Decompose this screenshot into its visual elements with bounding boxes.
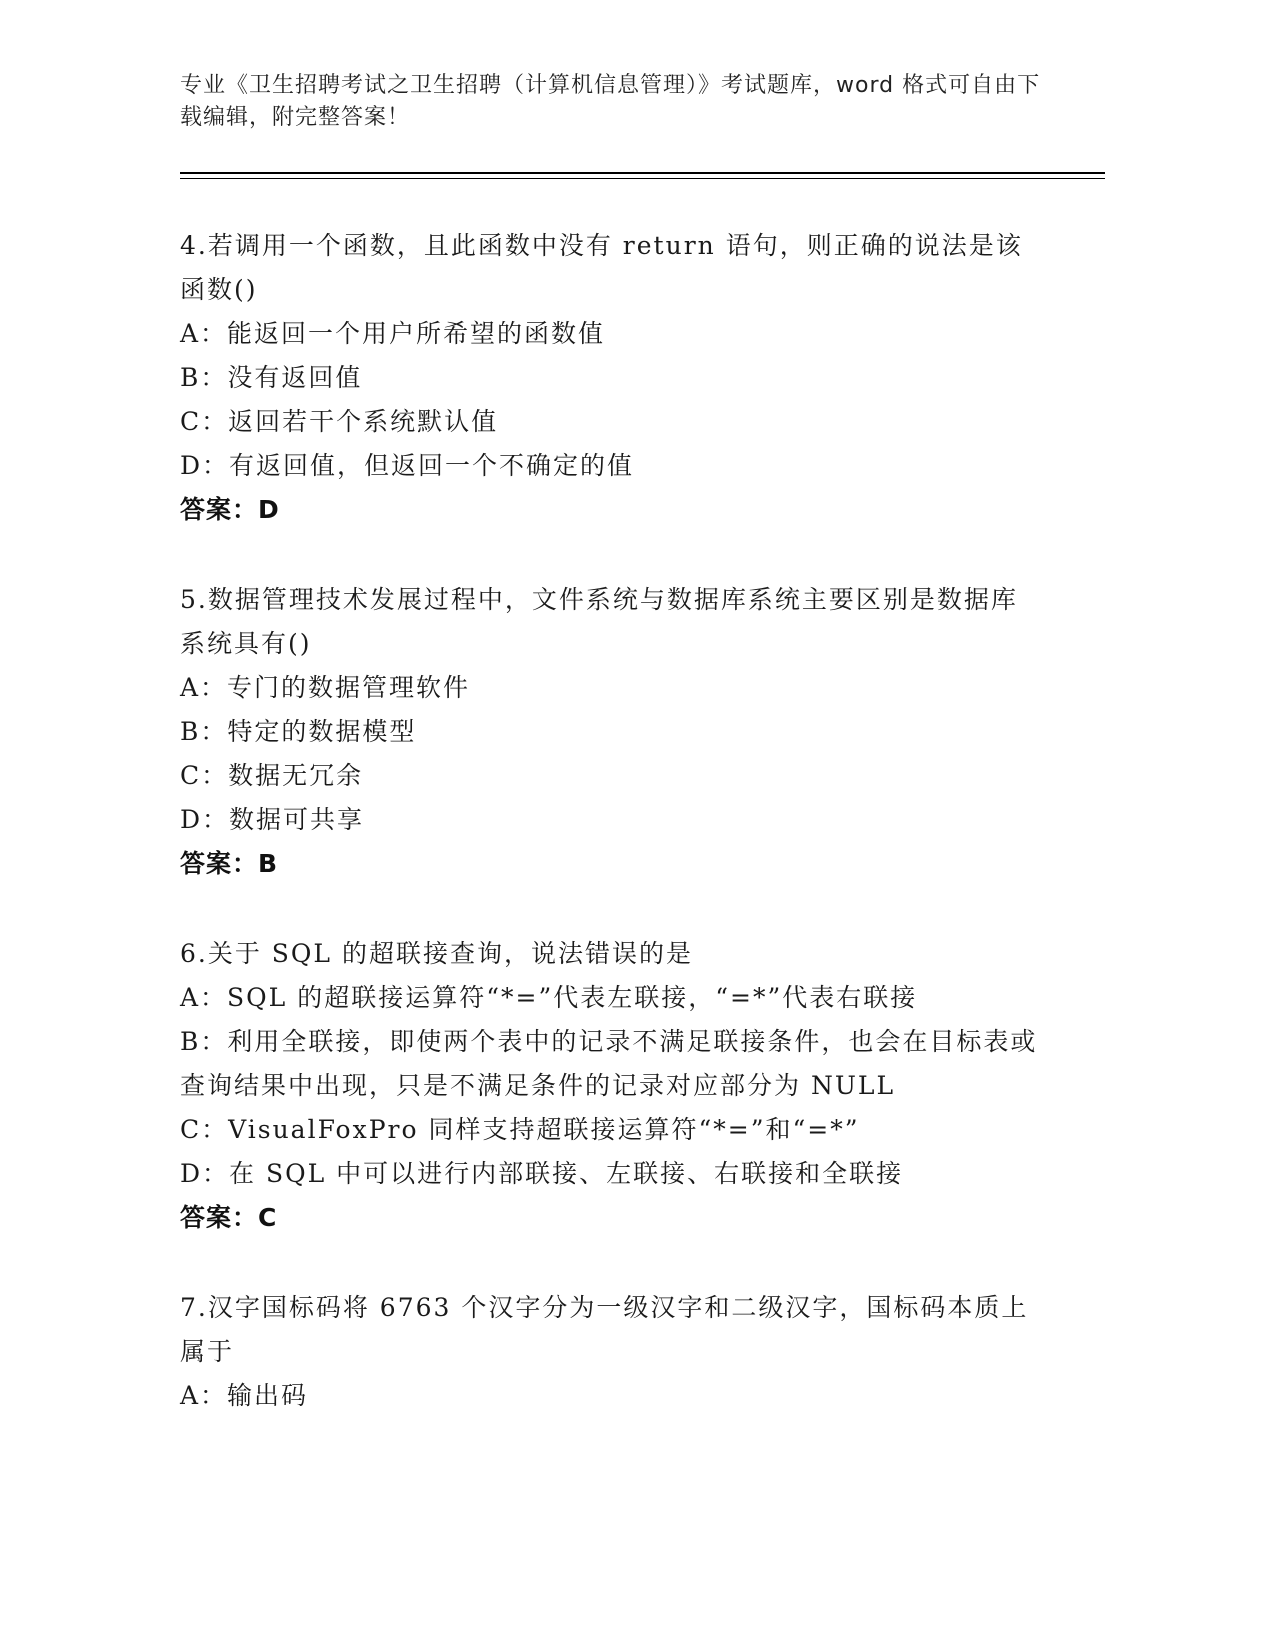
answer-key: 答案：B bbox=[180, 842, 1040, 886]
question-6: 6.关于 SQL 的超联接查询，说法错误的是 A：SQL 的超联接运算符“*=”… bbox=[180, 932, 1040, 1240]
option-a: A：SQL 的超联接运算符“*=”代表左联接，“=*”代表右联接 bbox=[180, 976, 1040, 1020]
question-7: 7.汉字国标码将 6763 个汉字分为一级汉字和二级汉字，国标码本质上属于 A：… bbox=[180, 1286, 1040, 1418]
question-stem: 6.关于 SQL 的超联接查询，说法错误的是 bbox=[180, 932, 1040, 976]
option-c: C：VisualFoxPro 同样支持超联接运算符“*=”和“=*” bbox=[180, 1108, 1040, 1152]
answer-key: 答案：C bbox=[180, 1196, 1040, 1240]
option-a: A：能返回一个用户所希望的函数值 bbox=[180, 312, 1040, 356]
document-page: 专业《卫生招聘考试之卫生招聘（计算机信息管理）》考试题库，word 格式可自由下… bbox=[0, 0, 1275, 1650]
option-a: A：专门的数据管理软件 bbox=[180, 666, 1040, 710]
option-c: C：返回若干个系统默认值 bbox=[180, 400, 1040, 444]
question-stem: 4.若调用一个函数，且此函数中没有 return 语句，则正确的说法是该函数() bbox=[180, 224, 1040, 312]
option-b: B：特定的数据模型 bbox=[180, 710, 1040, 754]
question-stem: 7.汉字国标码将 6763 个汉字分为一级汉字和二级汉字，国标码本质上属于 bbox=[180, 1286, 1040, 1374]
option-b: B：没有返回值 bbox=[180, 356, 1040, 400]
option-b: B：利用全联接，即使两个表中的记录不满足联接条件，也会在目标表或查询结果中出现，… bbox=[180, 1020, 1040, 1108]
option-d: D：数据可共享 bbox=[180, 798, 1040, 842]
option-a: A：输出码 bbox=[180, 1374, 1040, 1418]
header-divider-thick bbox=[180, 172, 1105, 174]
header-divider-thin bbox=[180, 178, 1105, 179]
question-5: 5.数据管理技术发展过程中，文件系统与数据库系统主要区别是数据库系统具有() A… bbox=[180, 578, 1040, 886]
option-d: D：有返回值，但返回一个不确定的值 bbox=[180, 444, 1040, 488]
option-d: D：在 SQL 中可以进行内部联接、左联接、右联接和全联接 bbox=[180, 1152, 1040, 1196]
option-c: C：数据无冗余 bbox=[180, 754, 1040, 798]
question-stem: 5.数据管理技术发展过程中，文件系统与数据库系统主要区别是数据库系统具有() bbox=[180, 578, 1040, 666]
question-list: 4.若调用一个函数，且此函数中没有 return 语句，则正确的说法是该函数()… bbox=[180, 224, 1040, 1464]
question-4: 4.若调用一个函数，且此函数中没有 return 语句，则正确的说法是该函数()… bbox=[180, 224, 1040, 532]
answer-key: 答案：D bbox=[180, 488, 1040, 532]
document-header-intro: 专业《卫生招聘考试之卫生招聘（计算机信息管理）》考试题库，word 格式可自由下… bbox=[180, 70, 1060, 134]
